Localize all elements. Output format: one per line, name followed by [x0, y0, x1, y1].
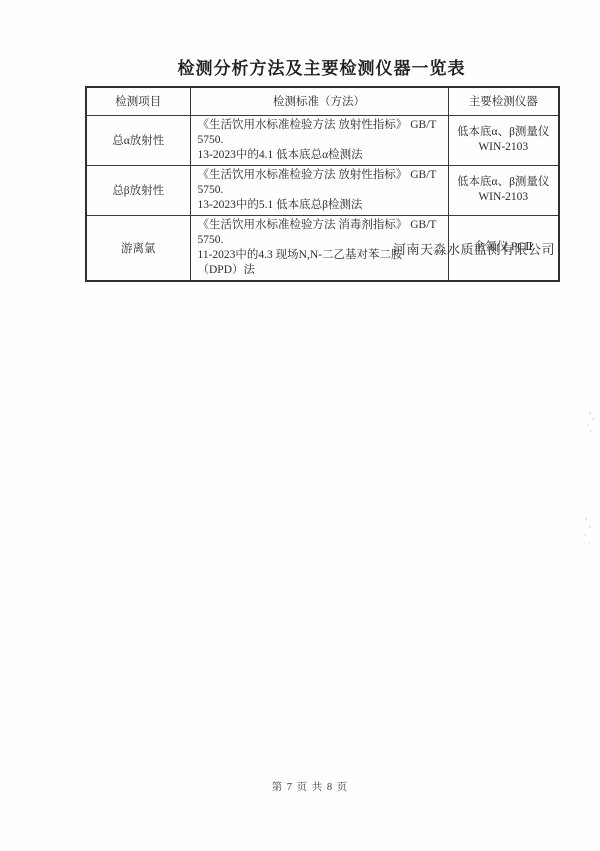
instrument-line: 低本底α、β测量仪	[449, 175, 559, 190]
instrument-line: WIN-2103	[449, 190, 559, 205]
standard-cell: 《生活饮用水标准检验方法 放射性指标》 GB/T 5750. 13-2023中的…	[190, 165, 448, 215]
item-cell: 总α放射性	[86, 115, 190, 165]
table-row: 总β放射性 《生活饮用水标准检验方法 放射性指标》 GB/T 5750. 13-…	[86, 165, 559, 215]
column-header-instrument: 主要检测仪器	[448, 87, 559, 115]
table-row: 总α放射性 《生活饮用水标准检验方法 放射性指标》 GB/T 5750. 13-…	[86, 115, 559, 165]
item-cell: 总β放射性	[86, 165, 190, 215]
standard-line: 《生活饮用水标准检验方法 放射性指标》 GB/T 5750.	[198, 118, 443, 148]
page-title: 检测分析方法及主要检测仪器一览表	[85, 54, 558, 79]
standard-line: 《生活饮用水标准检验方法 放射性指标》 GB/T 5750.	[198, 168, 443, 198]
instrument-cell: 低本底α、β测量仪 WIN-2103	[448, 165, 559, 215]
standard-line: 13-2023中的5.1 低本底总β检测法	[198, 198, 443, 213]
standard-cell: 《生活饮用水标准检验方法 放射性指标》 GB/T 5750. 13-2023中的…	[190, 115, 448, 165]
instrument-line: WIN-2103	[449, 140, 559, 155]
table-header-row: 检测项目 检测标准（方法） 主要检测仪器	[86, 87, 559, 115]
scan-artifact	[589, 412, 591, 414]
instrument-line: 低本底α、β测量仪	[449, 125, 559, 140]
page-number-footer: 第 7 页 共 8 页	[20, 779, 600, 794]
instrument-cell: 低本底α、β测量仪 WIN-2103	[448, 115, 559, 165]
scan-artifact	[585, 518, 587, 520]
company-name: 河南天淼水质监测有限公司	[85, 239, 555, 258]
column-header-standard: 检测标准（方法）	[190, 87, 448, 115]
column-header-item: 检测项目	[86, 87, 190, 115]
scanned-document-page: 检测分析方法及主要检测仪器一览表 检测项目 检测标准（方法） 主要检测仪器 总α…	[0, 0, 600, 851]
standard-line: 13-2023中的4.1 低本底总α检测法	[198, 148, 443, 163]
